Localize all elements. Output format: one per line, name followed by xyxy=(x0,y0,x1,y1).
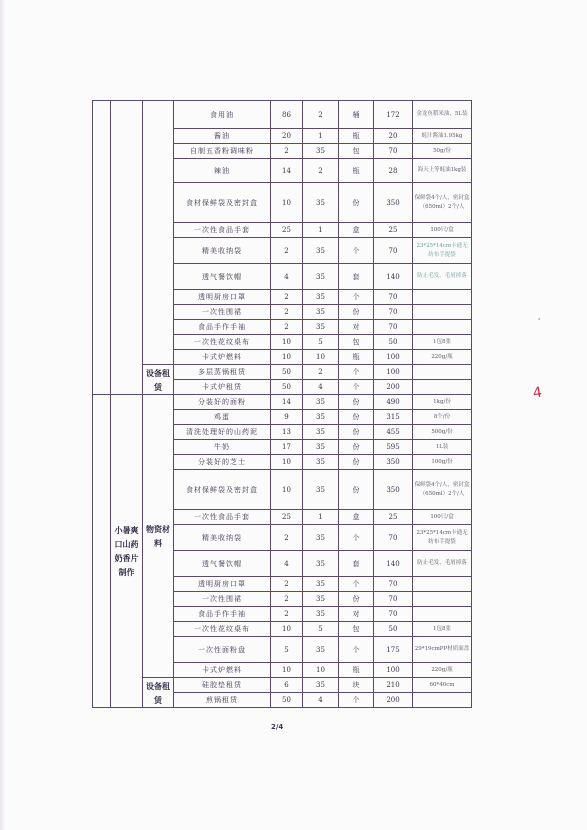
unit-price-cell: 25 xyxy=(271,223,303,238)
remark-cell xyxy=(413,380,472,395)
quantity-cell: 1 xyxy=(303,510,339,525)
budget-table: 食用油862桶172金龙鱼稻米油，5L装酱油201瓶20蚝汁酱油1.95kg自制… xyxy=(92,100,472,708)
total-cell: 70 xyxy=(374,238,413,264)
item-name-cell: 透气餐饮帽 xyxy=(174,551,271,577)
unit-cell: 包 xyxy=(339,335,374,350)
total-cell: 70 xyxy=(374,144,413,159)
quantity-cell: 5 xyxy=(303,335,339,350)
unit-price-cell: 2 xyxy=(271,592,303,607)
remark-cell xyxy=(413,577,472,592)
quantity-cell: 35 xyxy=(303,455,339,470)
unit-cell: 个 xyxy=(339,693,374,708)
remark-cell xyxy=(413,607,472,622)
unit-price-cell: 2 xyxy=(271,525,303,551)
item-name-cell: 一次性花纹桌布 xyxy=(174,335,271,350)
unit-cell: 个 xyxy=(339,238,374,264)
quantity-cell: 35 xyxy=(303,678,339,693)
remark-cell xyxy=(413,592,472,607)
quantity-cell: 1 xyxy=(303,129,339,144)
item-name-cell: 辣油 xyxy=(174,159,271,183)
total-cell: 25 xyxy=(374,223,413,238)
item-name-cell: 精美收纳袋 xyxy=(174,525,271,551)
remark-cell: 23*25*14cm卡通无纺布手提袋 xyxy=(413,525,472,551)
item-name-cell: 分装好的面粉 xyxy=(174,395,271,410)
unit-price-cell: 10 xyxy=(271,470,303,510)
remark-cell xyxy=(413,365,472,380)
remark-cell xyxy=(413,320,472,335)
total-cell: 455 xyxy=(374,425,413,440)
unit-cell: 瓶 xyxy=(339,129,374,144)
total-cell: 350 xyxy=(374,455,413,470)
unit-cell: 包 xyxy=(339,144,374,159)
unit-cell: 对 xyxy=(339,320,374,335)
unit-cell: 个 xyxy=(339,637,374,663)
unit-price-cell: 50 xyxy=(271,693,303,708)
quantity-cell: 2 xyxy=(303,159,339,183)
remark-cell: 100g/份 xyxy=(413,455,472,470)
quantity-cell: 35 xyxy=(303,470,339,510)
unit-price-cell: 50 xyxy=(271,380,303,395)
unit-cell: 个 xyxy=(339,525,374,551)
item-name-cell: 自制五香粉调味粉 xyxy=(174,144,271,159)
remark-cell: 防止毛发、毛屑掉落 xyxy=(413,551,472,577)
unit-cell: 包 xyxy=(339,622,374,637)
total-cell: 490 xyxy=(374,395,413,410)
total-cell: 70 xyxy=(374,525,413,551)
quantity-cell: 4 xyxy=(303,380,339,395)
total-cell: 70 xyxy=(374,607,413,622)
quantity-cell: 35 xyxy=(303,607,339,622)
unit-price-cell: 2 xyxy=(271,305,303,320)
quantity-cell: 35 xyxy=(303,551,339,577)
remark-cell: 1包8张 xyxy=(413,335,472,350)
item-name-cell: 清洗处理好的山药泥 xyxy=(174,425,271,440)
item-name-cell: 硅胶垫租赁 xyxy=(174,678,271,693)
unit-price-cell: 9 xyxy=(271,410,303,425)
unit-cell: 盒 xyxy=(339,223,374,238)
item-name-cell: 精美收纳袋 xyxy=(174,238,271,264)
unit-price-cell: 86 xyxy=(271,101,303,129)
unit-cell: 瓶 xyxy=(339,663,374,678)
unit-cell: 桶 xyxy=(339,101,374,129)
item-name-cell: 煎锅租赁 xyxy=(174,693,271,708)
quantity-cell: 4 xyxy=(303,693,339,708)
remark-cell xyxy=(413,305,472,320)
unit-cell: 份 xyxy=(339,425,374,440)
unit-price-cell: 17 xyxy=(271,440,303,455)
unit-price-cell: 10 xyxy=(271,350,303,365)
unit-price-cell: 10 xyxy=(271,622,303,637)
unit-price-cell: 14 xyxy=(271,159,303,183)
item-name-cell: 一次性围裙 xyxy=(174,592,271,607)
unit-price-cell: 14 xyxy=(271,395,303,410)
total-cell: 200 xyxy=(374,693,413,708)
item-name-cell: 一次性围裙 xyxy=(174,305,271,320)
quantity-cell: 35 xyxy=(303,320,339,335)
remark-cell: 60*40cm xyxy=(413,678,472,693)
item-name-cell: 牛奶 xyxy=(174,440,271,455)
item-name-cell: 透明厨房口罩 xyxy=(174,290,271,305)
unit-price-cell: 10 xyxy=(271,663,303,678)
quantity-cell: 35 xyxy=(303,425,339,440)
unit-price-cell: 4 xyxy=(271,551,303,577)
quantity-cell: 35 xyxy=(303,290,339,305)
remark-cell: 1L装 xyxy=(413,440,472,455)
total-cell: 100 xyxy=(374,663,413,678)
item-name-cell: 卡式炉租赁 xyxy=(174,380,271,395)
remark-cell: 220g/瓶 xyxy=(413,350,472,365)
item-name-cell: 食用油 xyxy=(174,101,271,129)
margin-ink-mark: ' xyxy=(538,317,540,326)
quantity-cell: 35 xyxy=(303,144,339,159)
remark-cell: 23*25*14cm卡通无纺布手提袋 xyxy=(413,238,472,264)
unit-cell: 瓶 xyxy=(339,159,374,183)
quantity-cell: 35 xyxy=(303,264,339,290)
item-name-cell: 一次性面粉盘 xyxy=(174,637,271,663)
quantity-cell: 35 xyxy=(303,410,339,425)
quantity-cell: 2 xyxy=(303,365,339,380)
total-cell: 50 xyxy=(374,622,413,637)
unit-price-cell: 6 xyxy=(271,678,303,693)
page-number: 2/4 xyxy=(271,723,283,731)
quantity-cell: 35 xyxy=(303,525,339,551)
margin-ink-mark: 4 xyxy=(532,384,543,401)
unit-price-cell: 4 xyxy=(271,264,303,290)
quantity-cell: 10 xyxy=(303,350,339,365)
table-row: 设备租赁硅胶垫租赁635块21060*40cm xyxy=(93,678,472,693)
quantity-cell: 35 xyxy=(303,440,339,455)
unit-cell: 个 xyxy=(339,365,374,380)
total-cell: 172 xyxy=(374,101,413,129)
total-cell: 100 xyxy=(374,350,413,365)
unit-cell: 个 xyxy=(339,380,374,395)
unit-cell: 个 xyxy=(339,577,374,592)
project-name-cell: 小暑爽口山药奶香片制作 xyxy=(111,395,143,708)
quantity-cell: 35 xyxy=(303,637,339,663)
scan-page-edge xyxy=(0,0,6,830)
unit-cell: 份 xyxy=(339,470,374,510)
unit-price-cell: 2 xyxy=(271,577,303,592)
item-name-cell: 透气餐饮帽 xyxy=(174,264,271,290)
quantity-cell: 2 xyxy=(303,101,339,129)
table-row: 食用油862桶172金龙鱼稻米油，5L装 xyxy=(93,101,472,129)
remark-cell xyxy=(413,693,472,708)
quantity-cell: 35 xyxy=(303,395,339,410)
unit-cell: 套 xyxy=(339,264,374,290)
remark-cell: 保鲜袋4个/人，密封盒（650ml）2个/人 xyxy=(413,183,472,223)
item-name-cell: 卡式炉燃料 xyxy=(174,350,271,365)
unit-price-cell: 25 xyxy=(271,510,303,525)
item-name-cell: 食品手作手袖 xyxy=(174,320,271,335)
total-cell: 28 xyxy=(374,159,413,183)
table-row: 小暑爽口山药奶香片制作物资材料分装好的面粉1435份4901kg/份 xyxy=(93,395,472,410)
quantity-cell: 35 xyxy=(303,183,339,223)
unit-cell: 份 xyxy=(339,395,374,410)
unit-cell: 套 xyxy=(339,551,374,577)
quantity-cell: 35 xyxy=(303,305,339,320)
total-cell: 140 xyxy=(374,264,413,290)
unit-price-cell: 5 xyxy=(271,637,303,663)
remark-cell: 蚝汁酱油1.95kg xyxy=(413,129,472,144)
unit-cell: 份 xyxy=(339,440,374,455)
unit-cell: 份 xyxy=(339,305,374,320)
leading-blank-cell xyxy=(93,395,111,708)
item-name-cell: 一次性食品手套 xyxy=(174,510,271,525)
remark-cell xyxy=(413,290,472,305)
total-cell: 25 xyxy=(374,510,413,525)
quantity-cell: 1 xyxy=(303,223,339,238)
unit-price-cell: 2 xyxy=(271,607,303,622)
quantity-cell: 5 xyxy=(303,622,339,637)
project-cell xyxy=(111,101,143,395)
unit-price-cell: 10 xyxy=(271,183,303,223)
unit-price-cell: 2 xyxy=(271,320,303,335)
total-cell: 70 xyxy=(374,592,413,607)
table-row: 设备租赁多层蒸锅租赁502个100 xyxy=(93,365,472,380)
remark-cell: 8个/份 xyxy=(413,410,472,425)
total-cell: 70 xyxy=(374,305,413,320)
category-materials: 物资材料 xyxy=(143,395,174,678)
remark-cell: 海天上等蚝油1kg装 xyxy=(413,159,472,183)
unit-cell: 份 xyxy=(339,592,374,607)
item-name-cell: 一次性食品手套 xyxy=(174,223,271,238)
item-name-cell: 卡式炉燃料 xyxy=(174,663,271,678)
unit-cell: 瓶 xyxy=(339,350,374,365)
remark-cell: 29*19cmPP材质面盘 xyxy=(413,637,472,663)
unit-price-cell: 20 xyxy=(271,129,303,144)
leading-blank-cell xyxy=(93,101,111,395)
total-cell: 140 xyxy=(374,551,413,577)
quantity-cell: 35 xyxy=(303,592,339,607)
unit-cell: 份 xyxy=(339,183,374,223)
quantity-cell: 10 xyxy=(303,663,339,678)
unit-cell: 个 xyxy=(339,290,374,305)
total-cell: 70 xyxy=(374,320,413,335)
unit-price-cell: 2 xyxy=(271,238,303,264)
total-cell: 350 xyxy=(374,470,413,510)
category-equipment-rental: 设备租赁 xyxy=(143,365,174,395)
item-name-cell: 分装好的芝士 xyxy=(174,455,271,470)
total-cell: 350 xyxy=(374,183,413,223)
remark-cell: 100只/盒 xyxy=(413,510,472,525)
total-cell: 200 xyxy=(374,380,413,395)
total-cell: 50 xyxy=(374,335,413,350)
remark-cell: 1包8张 xyxy=(413,622,472,637)
category-cell xyxy=(143,101,174,365)
item-name-cell: 一次性花纹桌布 xyxy=(174,622,271,637)
total-cell: 20 xyxy=(374,129,413,144)
unit-cell: 块 xyxy=(339,678,374,693)
budget-table-body: 食用油862桶172金龙鱼稻米油，5L装酱油201瓶20蚝汁酱油1.95kg自制… xyxy=(93,101,472,708)
total-cell: 175 xyxy=(374,637,413,663)
unit-cell: 盒 xyxy=(339,510,374,525)
item-name-cell: 食材保鲜袋及密封盒 xyxy=(174,183,271,223)
item-name-cell: 食材保鲜袋及密封盒 xyxy=(174,470,271,510)
total-cell: 100 xyxy=(374,365,413,380)
category-equipment-rental: 设备租赁 xyxy=(143,678,174,708)
remark-cell: 1kg/份 xyxy=(413,395,472,410)
remark-cell: 220g/瓶 xyxy=(413,663,472,678)
unit-price-cell: 50 xyxy=(271,365,303,380)
unit-cell: 对 xyxy=(339,607,374,622)
remark-cell: 500g/份 xyxy=(413,425,472,440)
unit-price-cell: 2 xyxy=(271,144,303,159)
remark-cell: 保鲜袋4个/人，密封盒（650ml）2个/人 xyxy=(413,470,472,510)
unit-price-cell: 13 xyxy=(271,425,303,440)
quantity-cell: 35 xyxy=(303,577,339,592)
item-name-cell: 食品手作手袖 xyxy=(174,607,271,622)
unit-price-cell: 10 xyxy=(271,335,303,350)
remark-cell: 50g/份 xyxy=(413,144,472,159)
total-cell: 70 xyxy=(374,577,413,592)
remark-cell: 防止毛发、毛屑掉落 xyxy=(413,264,472,290)
unit-price-cell: 2 xyxy=(271,290,303,305)
quantity-cell: 35 xyxy=(303,238,339,264)
total-cell: 595 xyxy=(374,440,413,455)
total-cell: 70 xyxy=(374,290,413,305)
remark-cell: 金龙鱼稻米油，5L装 xyxy=(413,101,472,129)
unit-price-cell: 10 xyxy=(271,455,303,470)
remark-cell: 100只/盒 xyxy=(413,223,472,238)
item-name-cell: 透明厨房口罩 xyxy=(174,577,271,592)
item-name-cell: 酱油 xyxy=(174,129,271,144)
unit-cell: 份 xyxy=(339,410,374,425)
total-cell: 315 xyxy=(374,410,413,425)
total-cell: 210 xyxy=(374,678,413,693)
item-name-cell: 多层蒸锅租赁 xyxy=(174,365,271,380)
unit-cell: 份 xyxy=(339,455,374,470)
item-name-cell: 鸡蛋 xyxy=(174,410,271,425)
